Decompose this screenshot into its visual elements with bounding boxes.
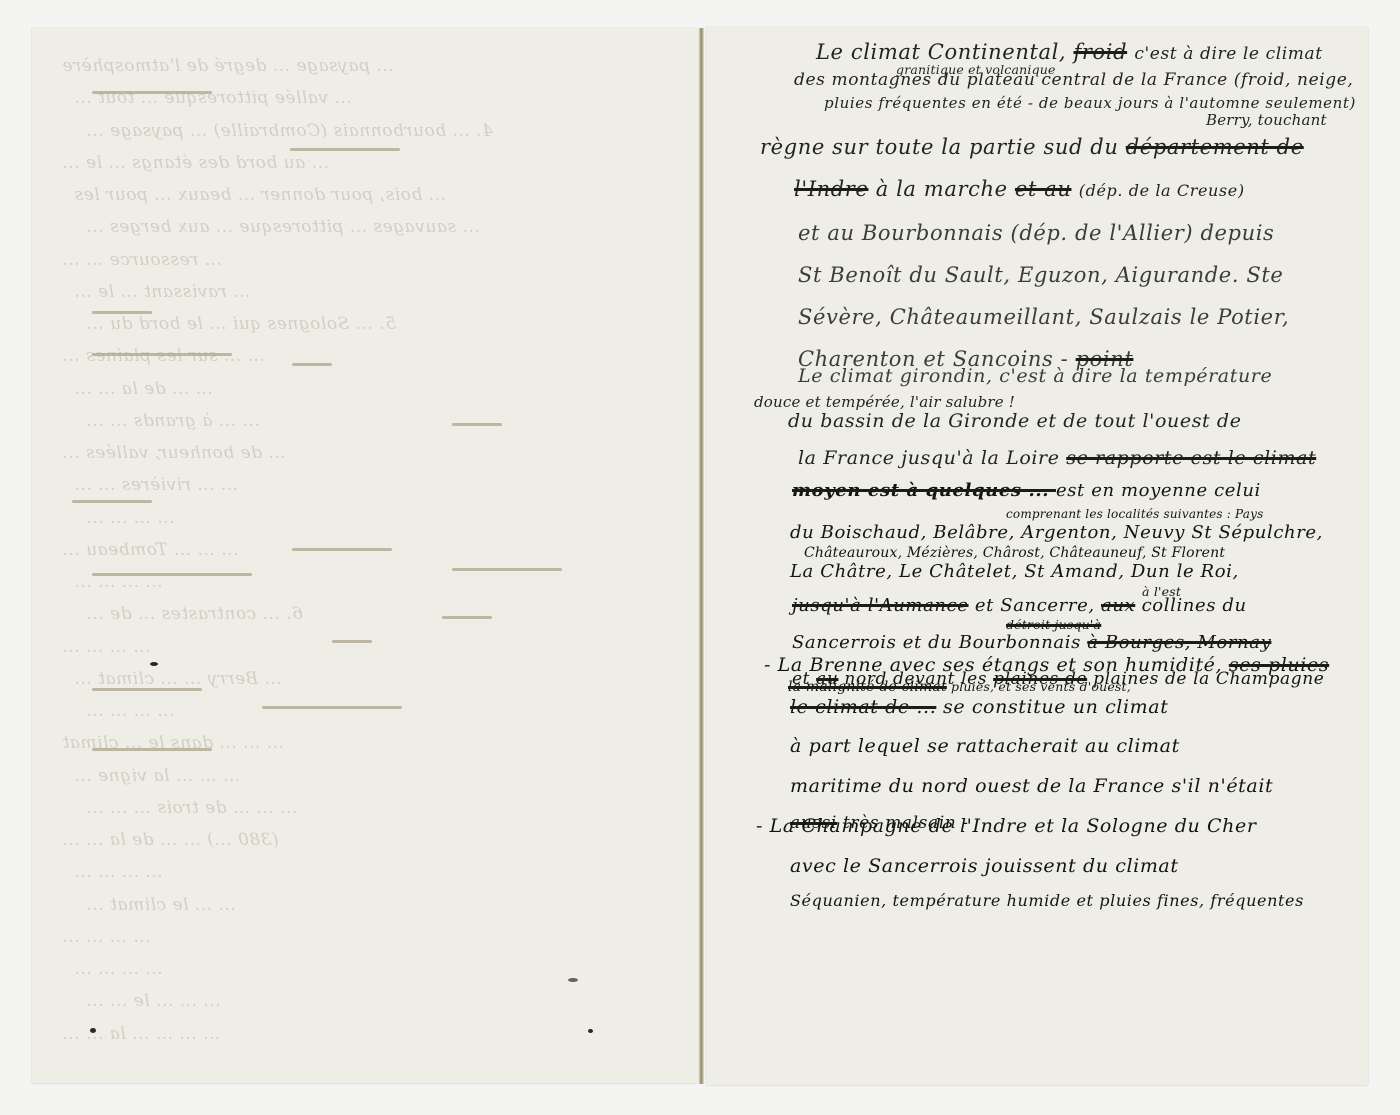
bleed-through-line: ... ... ... ... [74, 862, 163, 882]
handwritten-line: maritime du nord ouest de la France s'il… [790, 775, 1273, 797]
bleed-through-line: ... ... ... ... [86, 701, 175, 721]
bleed-through-line: ... bois, pour donner ... beaux ... pour… [74, 185, 446, 205]
bleed-through-line: ... au bord des étangs ... le ... [62, 153, 329, 173]
bleed-through-strike [92, 311, 152, 314]
bleed-through-strike [292, 363, 332, 366]
bleed-through-strike [332, 640, 372, 643]
ink-spot [150, 662, 158, 666]
ink-spot [568, 978, 578, 982]
bleed-through-line: ... ... ... le ... ... [86, 991, 221, 1011]
bleed-through-line: 4. ... bourbonnais (Combraille) ... pays… [86, 121, 493, 141]
bleed-through-line: ... ... sur les plaines ... [62, 346, 265, 366]
bleed-through-strike [72, 500, 152, 503]
ink-spot [90, 1028, 96, 1033]
bleed-through-strike [292, 548, 392, 551]
handwritten-line: - La Brenne avec ses étangs et son humid… [764, 654, 1329, 676]
right-page: Le climat Continental, froid c'est à dir… [706, 27, 1368, 1085]
bleed-through-strike [92, 688, 202, 691]
bleed-through-strike [452, 423, 502, 426]
bleed-through-line: ... paysage ... degré de l'atmosphère [62, 56, 394, 76]
page-gutter [699, 28, 704, 1084]
interlinear-insertion: la malignité de climat pluies, et ses ve… [788, 679, 1131, 695]
bleed-through-line: ... sauvages ... pittoresque ... aux ber… [86, 217, 480, 237]
bleed-through-line: ... ... le climat ... [86, 895, 236, 915]
handwritten-line: aussi très malsain - [790, 813, 969, 833]
handwritten-line: à part lequel se rattacherait au climat [790, 735, 1180, 757]
bleed-through-line: ... ... ... ... [74, 959, 163, 979]
bleed-through-line: ... ... ... ... [86, 508, 175, 528]
bleed-through-strike [92, 573, 252, 576]
handwritten-line: le climat de ... se constitue un climat [790, 696, 1168, 718]
bleed-through-line: 5. ... Solognes qui ... le bord du ... [86, 314, 396, 334]
bleed-through-line: ... ... ... la vigne ... [74, 766, 240, 786]
bleed-through-strike [262, 706, 402, 709]
paragraph-brenne: - La Brenne avec ses étangs et son humid… [706, 0, 1368, 927]
bleed-through-strike [452, 568, 562, 571]
ink-spot [588, 1029, 593, 1033]
bleed-through-line: ... ... ... ... [62, 927, 151, 947]
left-page: ... paysage ... degré de l'atmosphère...… [32, 28, 698, 1083]
bleed-through-line: ... ... ... ... la ... ... [62, 1024, 220, 1044]
bleed-through-line: (380 ...) ... ... de la ... ... [62, 830, 279, 850]
bleed-through-line: 6. ... contrastes ... de ... [86, 604, 303, 624]
bleed-through-strike [92, 748, 212, 751]
bleed-through-line: ... ravissant ... le ... [74, 282, 250, 302]
bleed-through-line: ... ... de la ... ... [74, 379, 213, 399]
bleed-through-line: ... ressource ... ... [62, 250, 222, 270]
bleed-through-line: ... ... à grands ... ... [86, 411, 260, 431]
bleed-through-strike [290, 148, 400, 151]
manuscript-spread: ... paysage ... degré de l'atmosphère...… [0, 0, 1400, 1115]
bleed-through-line: ... de bonheur, vallées ... [62, 443, 286, 463]
bleed-through-line: ... ... ... Tombeau ... [62, 540, 238, 560]
bleed-through-strike [92, 353, 232, 356]
bleed-through-strike [442, 616, 492, 619]
bleed-through-line: ... ... ... de trois ... ... ... [86, 798, 297, 818]
bleed-through-line: ... ... ... ... [62, 637, 151, 657]
bleed-through-line: ... Berry ... ... climat ... [74, 669, 282, 689]
bleed-through-strike [92, 91, 212, 94]
bleed-through-line: ... ... rivières ... ... [74, 475, 238, 495]
